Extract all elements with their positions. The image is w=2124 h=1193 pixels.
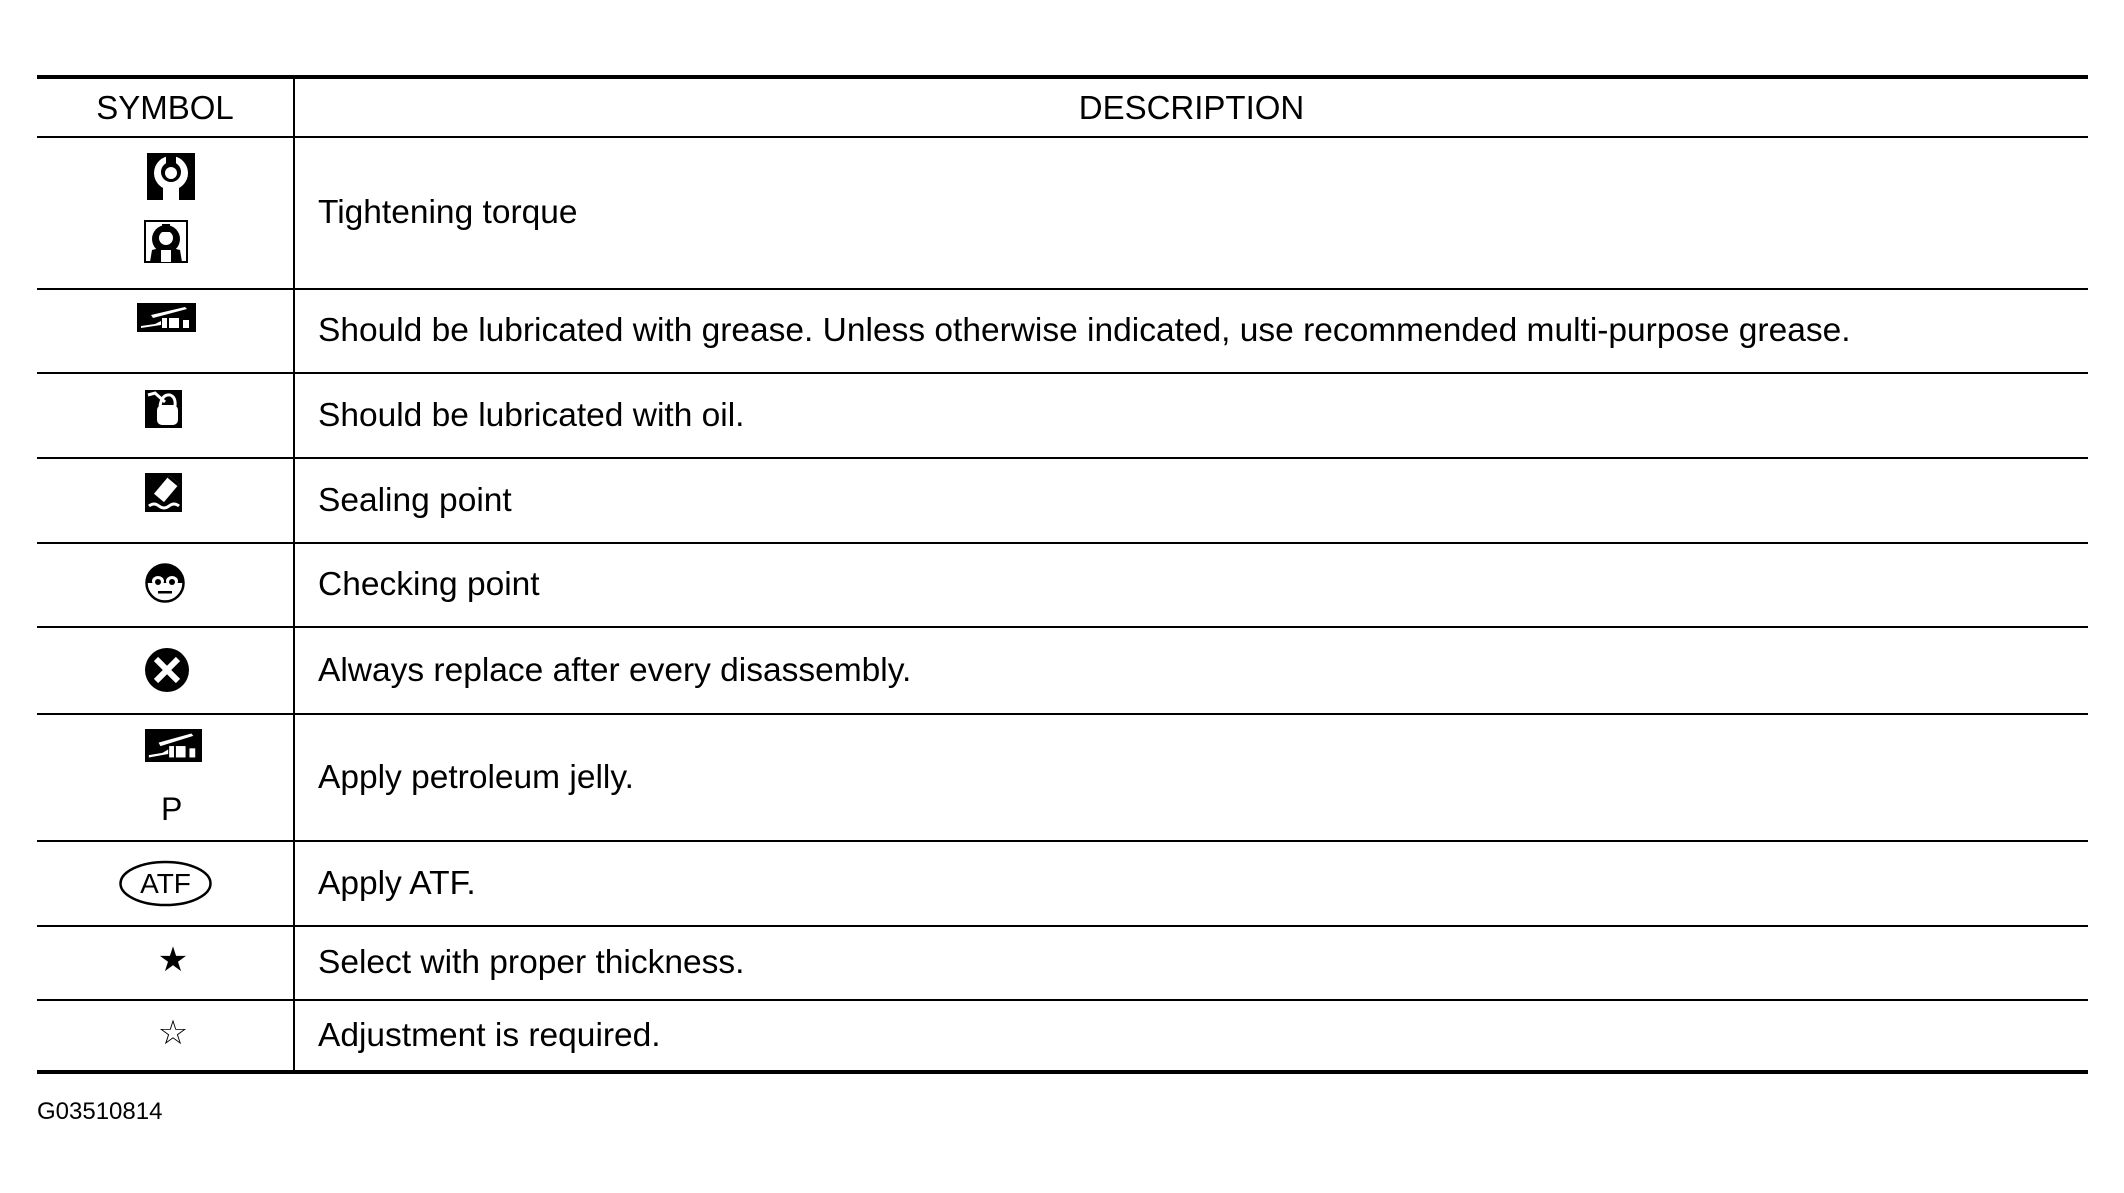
- table-row: Should be lubricated with oil.: [295, 374, 2088, 457]
- atf-oval-icon: ATF: [119, 860, 212, 907]
- table-row: Tightening torque: [295, 138, 2088, 288]
- table-row: Checking point: [295, 544, 2088, 626]
- checking-eyes-icon: [145, 563, 185, 603]
- table-row: Select with proper thickness.: [295, 927, 2088, 999]
- table-row: Adjustment is required.: [295, 1001, 2088, 1070]
- grease-gun-icon: [137, 303, 196, 332]
- row-description: Sealing point: [295, 482, 512, 520]
- hollow-star-icon: ☆: [153, 1016, 193, 1050]
- petroleum-jelly-p-label: P: [161, 793, 182, 825]
- row-description: Select with proper thickness.: [295, 944, 744, 982]
- row-description: Adjustment is required.: [295, 1017, 661, 1055]
- row-description: Checking point: [295, 566, 540, 604]
- row-description: Should be lubricated with grease. Unless…: [295, 312, 1851, 350]
- row-description: Should be lubricated with oil.: [295, 397, 744, 435]
- header-description: DESCRIPTION: [295, 79, 2088, 137]
- table-row: Should be lubricated with grease. Unless…: [295, 290, 2088, 372]
- table-row: Apply ATF.: [295, 842, 2088, 925]
- table-bottom-border: [37, 1070, 2088, 1074]
- figure-code: G03510814: [37, 1098, 162, 1126]
- filled-star-icon: ★: [153, 943, 193, 977]
- row-description: Tightening torque: [295, 194, 578, 232]
- table-row: Apply petroleum jelly.: [295, 715, 2088, 840]
- torque-wrench-outline-icon: [144, 220, 188, 263]
- grease-gun-icon: [145, 729, 202, 762]
- header-symbol: SYMBOL: [37, 79, 293, 137]
- torque-wrench-icon: [147, 153, 195, 200]
- table-row: Always replace after every disassembly.: [295, 628, 2088, 713]
- atf-label: ATF: [119, 860, 212, 907]
- row-description: Apply petroleum jelly.: [295, 759, 634, 797]
- sealant-tube-icon: [145, 473, 182, 512]
- row-description: Always replace after every disassembly.: [295, 652, 911, 690]
- replace-x-circle-icon: [145, 648, 189, 692]
- oil-can-icon: [145, 390, 182, 428]
- row-description: Apply ATF.: [295, 865, 476, 903]
- table-row: Sealing point: [295, 459, 2088, 542]
